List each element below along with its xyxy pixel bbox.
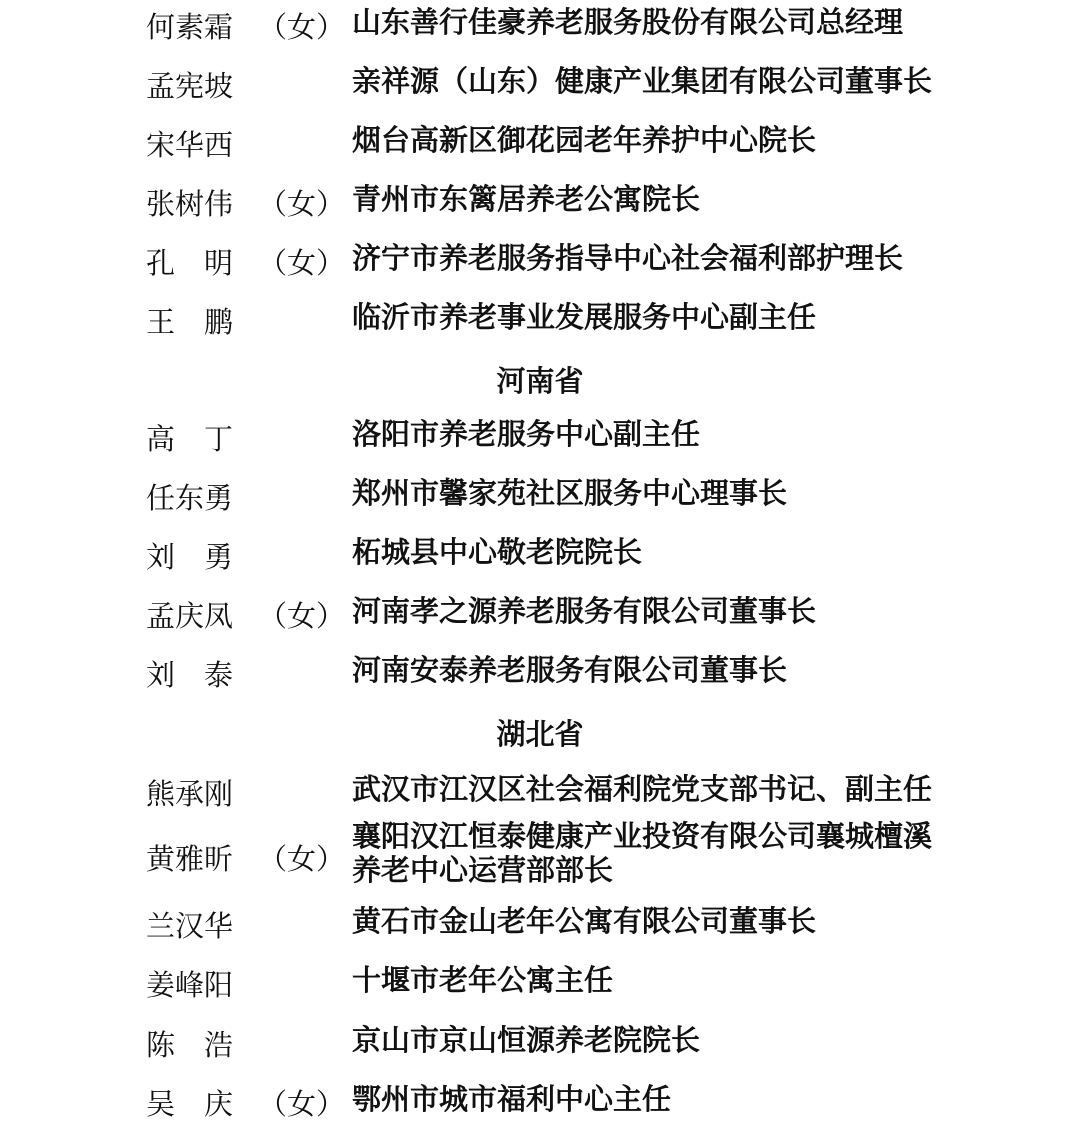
person-name: 陈 浩: [146, 1028, 233, 1062]
person-title: 郑州市馨家苑社区服务中心理事长: [352, 477, 787, 509]
person-name: 高 丁: [146, 422, 233, 456]
gender-marker: （女）: [258, 246, 345, 280]
person-title: 烟台高新区御花园老年养护中心院长: [352, 124, 816, 156]
person-name: 张树伟: [146, 187, 233, 221]
person-name: 熊承刚: [146, 777, 233, 811]
person-title: 武汉市江汉区社会福利院党支部书记、副主任: [352, 773, 932, 805]
person-title: 柘城县中心敬老院院长: [352, 536, 642, 568]
person-title: 黄石市金山老年公寓有限公司董事长: [352, 905, 816, 937]
gender-marker: （女）: [258, 1087, 345, 1121]
person-title: 鄂州市城市福利中心主任: [352, 1083, 671, 1115]
person-name: 孟庆凤: [146, 599, 233, 633]
person-title: 青州市东篱居养老公寓院长: [352, 183, 700, 215]
person-title-line-1: 襄阳汉江恒泰健康产业投资有限公司襄城檀溪: [352, 820, 932, 852]
person-name: 孟宪坡: [146, 69, 233, 103]
person-title: 临沂市养老事业发展服务中心副主任: [352, 301, 816, 333]
person-title: 洛阳市养老服务中心副主任: [352, 418, 700, 450]
person-title: 山东善行佳豪养老服务股份有限公司总经理: [352, 6, 903, 38]
person-title-line-2: 养老中心运营部部长: [352, 854, 613, 886]
person-name: 王 鹏: [146, 305, 233, 339]
person-name: 吴 庆: [146, 1087, 233, 1121]
person-title: 河南孝之源养老服务有限公司董事长: [352, 595, 816, 627]
person-title: 京山市京山恒源养老院院长: [352, 1024, 700, 1056]
person-name: 刘 泰: [146, 658, 233, 692]
person-title: 河南安泰养老服务有限公司董事长: [352, 654, 787, 686]
gender-marker: （女）: [258, 187, 345, 221]
section-heading-hubei: 湖北省: [0, 717, 1080, 751]
person-name: 兰汉华: [146, 909, 233, 943]
document-page: 何素霜 （女） 山东善行佳豪养老服务股份有限公司总经理 孟宪坡 亲祥源（山东）健…: [0, 0, 1080, 1127]
person-name: 何素霜: [146, 10, 233, 44]
person-title: 亲祥源（山东）健康产业集团有限公司董事长: [352, 65, 932, 97]
person-name: 孔 明: [146, 246, 233, 280]
gender-marker: （女）: [258, 10, 345, 44]
person-title: 十堰市老年公寓主任: [352, 964, 613, 996]
section-heading-henan: 河南省: [0, 364, 1080, 398]
person-name: 宋华西: [146, 128, 233, 162]
person-name: 姜峰阳: [146, 968, 233, 1002]
gender-marker: （女）: [258, 599, 345, 633]
gender-marker: （女）: [258, 842, 345, 876]
person-name: 任东勇: [146, 481, 233, 515]
person-title: 济宁市养老服务指导中心社会福利部护理长: [352, 242, 903, 274]
person-name: 刘 勇: [146, 540, 233, 574]
person-name: 黄雅昕: [146, 842, 233, 876]
